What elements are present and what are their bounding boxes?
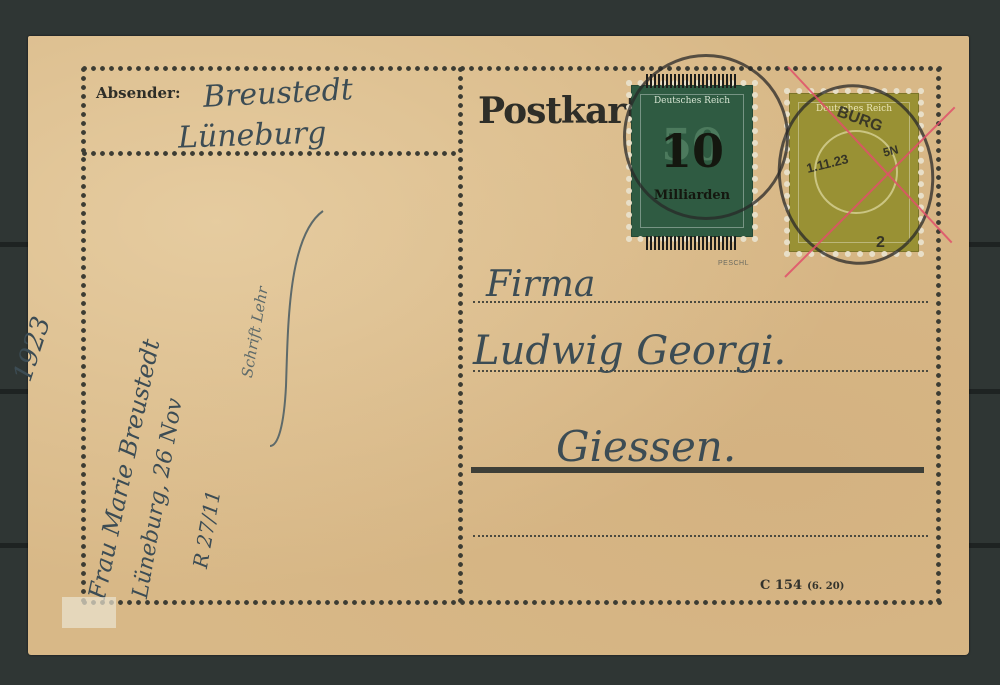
border-left <box>80 65 87 606</box>
stamp-overprint-bars-bottom <box>646 236 738 250</box>
printer-mark: PESCHL <box>718 260 749 267</box>
note-line-4: Schrift Lehr <box>238 285 272 379</box>
postmark-suboffice: 2 <box>876 234 885 252</box>
note-year: 1923 <box>8 313 57 385</box>
postcard: Absender: Breustedt Lüneburg Postkarte F… <box>28 36 969 655</box>
sender-label: Absender: <box>96 84 181 102</box>
form-code-number: C 154 <box>760 578 802 593</box>
sender-city: Lüneburg <box>177 115 327 155</box>
address-city: Giessen. <box>556 422 736 471</box>
note-flourish <box>268 206 328 456</box>
note-line-3: R 27/11 <box>188 488 225 570</box>
border-right <box>935 65 942 606</box>
address-name: Ludwig Georgi. <box>473 328 786 374</box>
tape-patch <box>62 597 116 628</box>
postmark-left <box>623 54 789 220</box>
border-bottom <box>80 599 942 606</box>
form-code: C 154 (6. 20) <box>760 574 844 593</box>
address-line-4 <box>473 535 928 537</box>
center-divider <box>457 65 464 606</box>
border-top <box>80 65 942 72</box>
form-code-date: (6. 20) <box>807 581 844 592</box>
address-firm: Firma <box>486 264 595 305</box>
sender-name: Breustedt <box>202 72 354 115</box>
